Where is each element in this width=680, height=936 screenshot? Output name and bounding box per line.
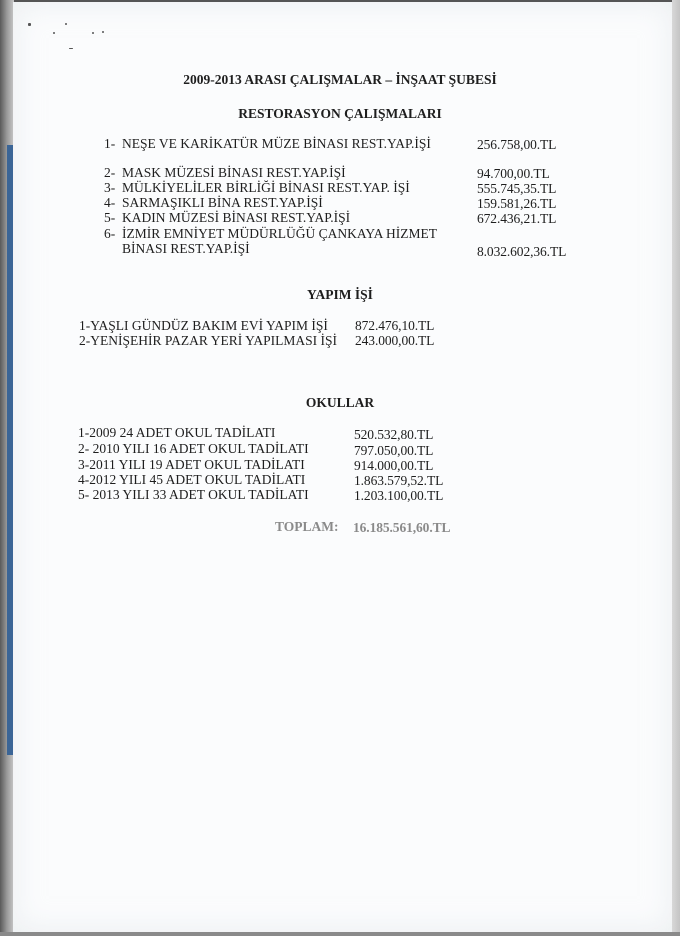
speck	[102, 31, 104, 33]
item-name: KADIN MÜZESİ BİNASI REST.YAP.İŞİ	[122, 210, 350, 226]
item-name: NEŞE VE KARİKATÜR MÜZE BİNASI REST.YAP.İ…	[122, 136, 431, 152]
section-heading-yapim: YAPIM İŞİ	[0, 287, 680, 303]
item-amount: 520.532,80.TL	[354, 427, 433, 443]
item-number: 3-	[104, 180, 115, 196]
item-name: 1-2009 24 ADET OKUL TADİLATI	[78, 425, 275, 441]
item-name: 4-2012 YILI 45 ADET OKUL TADİLATI	[78, 472, 305, 488]
total-label: TOPLAM:	[275, 519, 339, 535]
blue-folder-strip	[7, 145, 13, 755]
item-amount: 1.203.100,00.TL	[354, 488, 443, 504]
item-name: İZMİR EMNİYET MÜDÜRLÜĞÜ ÇANKAYA HİZMET	[122, 226, 437, 242]
scan-bottom-edge	[0, 932, 680, 936]
item-amount: 256.758,00.TL	[477, 137, 556, 153]
item-number: 6-	[104, 226, 115, 242]
item-name: MÜLKİYELİLER BİRLİĞİ BİNASI REST.YAP. İŞ…	[122, 180, 410, 196]
item-name: MASK MÜZESİ BİNASI REST.YAP.İŞİ	[122, 165, 346, 181]
item-amount: 159.581,26.TL	[477, 196, 556, 212]
speck	[28, 23, 31, 26]
total-value: 16.185.561,60.TL	[353, 520, 450, 536]
speck	[53, 32, 55, 34]
item-amount: 555.745,35.TL	[477, 181, 556, 197]
item-amount: 243.000,00.TL	[355, 333, 434, 349]
item-number: 4-	[104, 195, 115, 211]
item-amount: 797.050,00.TL	[354, 443, 433, 459]
section-heading-okullar: OKULLAR	[0, 395, 680, 411]
item-name: SARMAŞIKLI BİNA REST.YAP.İŞİ	[122, 195, 323, 211]
item-amount: 94.700,00.TL	[477, 166, 550, 182]
item-name-line2: BİNASI REST.YAP.İŞİ	[122, 241, 250, 257]
item-amount: 914.000,00.TL	[354, 458, 433, 474]
item-name: 2-YENİŞEHİR PAZAR YERİ YAPILMASI İŞİ	[79, 333, 337, 349]
item-number: 1-	[104, 136, 115, 152]
scan-right-edge	[672, 0, 680, 936]
item-number: 5-	[104, 210, 115, 226]
item-amount: 8.032.602,36.TL	[477, 244, 566, 260]
item-number: 2-	[104, 165, 115, 181]
item-name: 5- 2013 YILI 33 ADET OKUL TADİLATI	[78, 487, 309, 503]
section-heading-restorasyon: RESTORASYON ÇALIŞMALARI	[0, 106, 680, 122]
item-amount: 1.863.579,52.TL	[354, 473, 443, 489]
item-name: 2- 2010 YILI 16 ADET OKUL TADİLATI	[78, 441, 309, 457]
item-name: 3-2011 YILI 19 ADET OKUL TADİLATI	[78, 457, 305, 473]
item-amount: 872.476,10.TL	[355, 318, 434, 334]
speck	[69, 48, 73, 49]
scan-specks	[25, 15, 135, 55]
speck	[92, 32, 94, 34]
item-amount: 672.436,21.TL	[477, 211, 556, 227]
document-title: 2009-2013 ARASI ÇALIŞMALAR – İNŞAAT ŞUBE…	[0, 72, 680, 88]
speck	[65, 23, 67, 25]
item-name: 1-YAŞLI GÜNDÜZ BAKIM EVİ YAPIM İŞİ	[79, 318, 328, 334]
